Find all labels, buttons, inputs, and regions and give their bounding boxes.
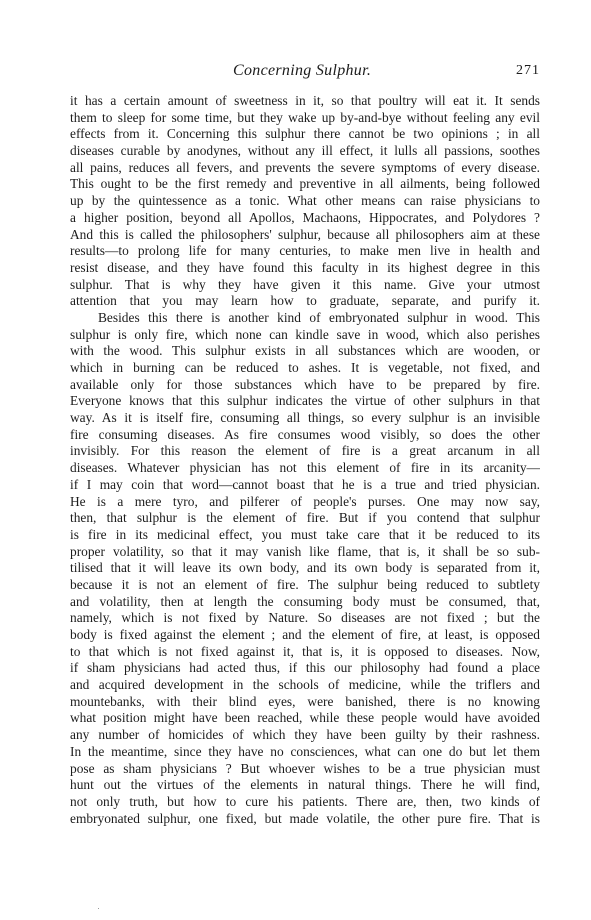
text-line: all pains, reduces all fevers, and preve… — [70, 160, 540, 177]
text-line: diseases. Whatever physician has not thi… — [70, 460, 540, 477]
text-line: is fire in its medicinal effect, you mus… — [70, 527, 540, 544]
paragraph: Besides this there is another kind of em… — [70, 310, 540, 827]
text-line: proper volatility, so that it may vanish… — [70, 544, 540, 561]
text-line: a higher position, beyond all Apollos, M… — [70, 210, 540, 227]
text-line: what position might have been reached, w… — [70, 710, 540, 727]
text-line: and acquired development in the schools … — [70, 677, 540, 694]
text-line: them to sleep for some time, but they wa… — [70, 110, 540, 127]
text-line: tilised that it will leave its own body,… — [70, 560, 540, 577]
paragraph: it has a certain amount of sweetness in … — [70, 93, 540, 310]
text-line: In the meantime, since they have no cons… — [70, 744, 540, 761]
text-line: This ought to be the first remedy and pr… — [70, 176, 540, 193]
text-line: any number of homicides of which they ha… — [70, 727, 540, 744]
text-line: which in burning can be reduced to ashes… — [70, 360, 540, 377]
text-line: sulphur is only fire, which none can kin… — [70, 327, 540, 344]
text-line: diseases curable by anodynes, without an… — [70, 143, 540, 160]
body-text: it has a certain amount of sweetness in … — [70, 93, 540, 827]
text-line: it has a certain amount of sweetness in … — [70, 93, 540, 110]
text-line: And this is called the philosophers' sul… — [70, 227, 540, 244]
text-line: available only for those substances whic… — [70, 377, 540, 394]
text-line: Everyone knows that this sulphur indicat… — [70, 393, 540, 410]
text-line: if I may coin that word—cannot boast tha… — [70, 477, 540, 494]
text-line: results—to prolong life for many centuri… — [70, 243, 540, 260]
text-line: pose as sham physicians ? But whoever wi… — [70, 761, 540, 778]
text-line: mountebanks, with their blind eyes, were… — [70, 694, 540, 711]
running-head: Concerning Sulphur. 271 — [70, 62, 540, 84]
text-line: attention that you may learn how to grad… — [70, 293, 540, 310]
text-line: namely, which is not fixed by Nature. So… — [70, 610, 540, 627]
text-line: and volatility, then at length the consu… — [70, 594, 540, 611]
text-line: then, that sulphur is the element of fir… — [70, 510, 540, 527]
text-line: sulphur. That is why they have given it … — [70, 277, 540, 294]
text-line: Besides this there is another kind of em… — [70, 310, 540, 327]
text-line: hunt out the virtues of the elements in … — [70, 777, 540, 794]
text-line: not only truth, but how to cure his pati… — [70, 794, 540, 811]
page-number: 271 — [516, 63, 540, 79]
text-line: to that which is not fixed against it, t… — [70, 644, 540, 661]
text-line: invisibly. For this reason the element o… — [70, 443, 540, 460]
text-line: fire consuming diseases. As fire consume… — [70, 427, 540, 444]
text-line: body is fixed against the element ; and … — [70, 627, 540, 644]
scan-speck — [98, 908, 99, 909]
text-line: because it is not an element of fire. Th… — [70, 577, 540, 594]
text-line: if sham physicians had acted thus, if th… — [70, 660, 540, 677]
text-line: with the wood. This sulphur exists in al… — [70, 343, 540, 360]
text-line: up by the quintessence as a tonic. What … — [70, 193, 540, 210]
text-line: effects from it. Concerning this sulphur… — [70, 126, 540, 143]
text-line: He is a mere tyro, and pilferer of peopl… — [70, 494, 540, 511]
text-line: way. As it is itself fire, consuming all… — [70, 410, 540, 427]
text-line: embryonated sulphur, one fixed, but made… — [70, 811, 540, 828]
running-title: Concerning Sulphur. — [233, 62, 371, 80]
text-line: resist disease, and they have found this… — [70, 260, 540, 277]
